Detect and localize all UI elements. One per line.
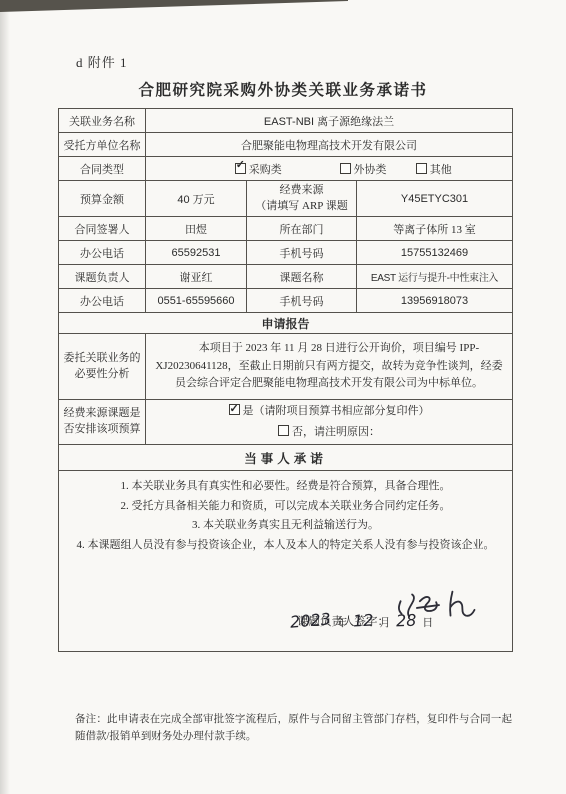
date-day-handwritten: 28	[396, 611, 417, 631]
row-trustee: 受托方单位名称 合肥聚能电物理高技术开发有限公司	[59, 133, 513, 157]
leader-mobile-value: 13956918073	[357, 289, 513, 313]
promise-item-3: 3. 本关联业务真实且无利益输送行为。	[69, 516, 502, 536]
contract-type-label: 合同类型	[59, 157, 146, 181]
option-purchase: ✓采购类	[206, 161, 310, 177]
necessity-text: 本项目于 2023 年 11 月 28 日进行公开询价，项目编号 IPP-XJ2…	[146, 334, 513, 400]
row-promise-header: 当事人承诺	[59, 445, 513, 471]
promise-item-4: 4. 本课题组人员没有参与投资该企业，本人及本人的特定关系人没有参与投资该企业。	[69, 536, 502, 556]
checkbox-outsourcing-icon	[340, 163, 351, 174]
checkbox-purchase-checked-icon: ✓	[235, 163, 246, 174]
budget-arranged-options: ✓是（请附项目预算书相应部分复印件） 否，请注明原因：	[146, 400, 513, 445]
option-outsourcing: 外协类	[313, 161, 413, 177]
budget-label: 预算金额	[59, 181, 146, 217]
checkbox-no-icon	[278, 425, 289, 436]
project-label: 课题名称	[247, 265, 357, 289]
date-month-suffix: 月	[379, 617, 390, 629]
business-name-label: 关联业务名称	[59, 109, 146, 133]
checkbox-yes-checked-icon: ✓	[229, 404, 240, 415]
promise-header: 当事人承诺	[59, 445, 513, 471]
date-year-suffix: 年	[336, 617, 347, 629]
option-other: 其他	[416, 161, 452, 177]
department-label: 所在部门	[247, 217, 357, 241]
project-value: EAST 运行与提升-中性束注入	[357, 265, 513, 289]
leader-office-phone-label: 办公电话	[59, 289, 146, 313]
contract-type-options: ✓采购类 外协类 其他	[146, 157, 513, 181]
option-yes: ✓是（请附项目预算书相应部分复印件）	[150, 401, 508, 422]
necessity-label: 委托关联业务的必要性分析	[59, 334, 146, 400]
signer-mobile-value: 15755132469	[357, 241, 513, 265]
date-year-handwritten: 2023	[289, 609, 331, 631]
row-promises: 1. 本关联业务具有真实性和必要性。经费是符合预算，具备合理性。 2. 受托方具…	[59, 471, 513, 652]
row-leader-phones: 办公电话 0551-65595660 手机号码 13956918073	[59, 289, 513, 313]
signer-label: 合同签署人	[59, 217, 146, 241]
budget-arranged-label: 经费来源课题是否安排该项预算	[59, 400, 146, 445]
scan-edge-artifact	[0, 0, 348, 12]
footer-note: 备注：此申请表在完成全部审批签字流程后，原件与合同留主管部门存档，复印件与合同一…	[75, 711, 512, 746]
date-day-suffix: 日	[422, 617, 433, 629]
promise-item-2: 2. 受托方具备相关能力和资质，可以完成本关联业务合同约定任务。	[69, 497, 502, 517]
row-budget-arranged: 经费来源课题是否安排该项预算 ✓是（请附项目预算书相应部分复印件） 否，请注明原…	[59, 400, 513, 445]
row-business-name: 关联业务名称 EAST-NBI 离子源绝缘法兰	[59, 109, 513, 133]
leader-office-phone-value: 0551-65595660	[146, 289, 247, 313]
business-name-value: EAST-NBI 离子源绝缘法兰	[146, 109, 513, 133]
funding-source-value: Y45ETYC301	[357, 181, 513, 217]
date-month-handwritten: 12	[353, 610, 374, 630]
commitment-form-table: 关联业务名称 EAST-NBI 离子源绝缘法兰 受托方单位名称 合肥聚能电物理高…	[58, 108, 513, 652]
row-signer: 合同签署人 田煜 所在部门 等离子体所 13 室	[59, 217, 513, 241]
signer-office-phone-label: 办公电话	[59, 241, 146, 265]
department-value: 等离子体所 13 室	[357, 217, 513, 241]
signature-date: 2023 年 12 月 28 日	[287, 611, 433, 630]
funding-source-label: 经费来源 （请填写 ARP 课题	[247, 181, 357, 217]
leader-value: 谢亚红	[146, 265, 247, 289]
signer-value: 田煜	[146, 217, 247, 241]
scanned-document-page: d 附件 1 合肥研究院采购外协类关联业务承诺书 关联业务名称 EAST-NBI…	[0, 0, 566, 794]
leader-mobile-label: 手机号码	[247, 289, 357, 313]
row-signer-phones: 办公电话 65592531 手机号码 15755132469	[59, 241, 513, 265]
budget-value: 40 万元	[146, 181, 247, 217]
attachment-label: d 附件 1	[76, 52, 128, 71]
trustee-label: 受托方单位名称	[59, 133, 146, 157]
application-report-header: 申请报告	[59, 313, 513, 334]
leader-label: 课题负责人	[59, 265, 146, 289]
option-no: 否，请注明原因：	[150, 422, 508, 443]
row-contract-type: 合同类型 ✓采购类 外协类 其他	[59, 157, 513, 181]
row-application-report-header: 申请报告	[59, 313, 513, 334]
row-leader: 课题负责人 谢亚红 课题名称 EAST 运行与提升-中性束注入	[59, 265, 513, 289]
row-budget-funding: 预算金额 40 万元 经费来源 （请填写 ARP 课题 Y45ETYC301	[59, 181, 513, 217]
signer-mobile-label: 手机号码	[247, 241, 357, 265]
checkbox-other-icon	[416, 163, 427, 174]
promises-cell: 1. 本关联业务具有真实性和必要性。经费是符合预算，具备合理性。 2. 受托方具…	[59, 471, 513, 652]
row-necessity: 委托关联业务的必要性分析 本项目于 2023 年 11 月 28 日进行公开询价…	[59, 334, 513, 400]
trustee-value: 合肥聚能电物理高技术开发有限公司	[146, 133, 513, 157]
document-title: 合肥研究院采购外协类关联业务承诺书	[0, 78, 566, 100]
signer-office-phone-value: 65592531	[146, 241, 247, 265]
promise-item-1: 1. 本关联业务具有真实性和必要性。经费是符合预算，具备合理性。	[69, 477, 502, 497]
